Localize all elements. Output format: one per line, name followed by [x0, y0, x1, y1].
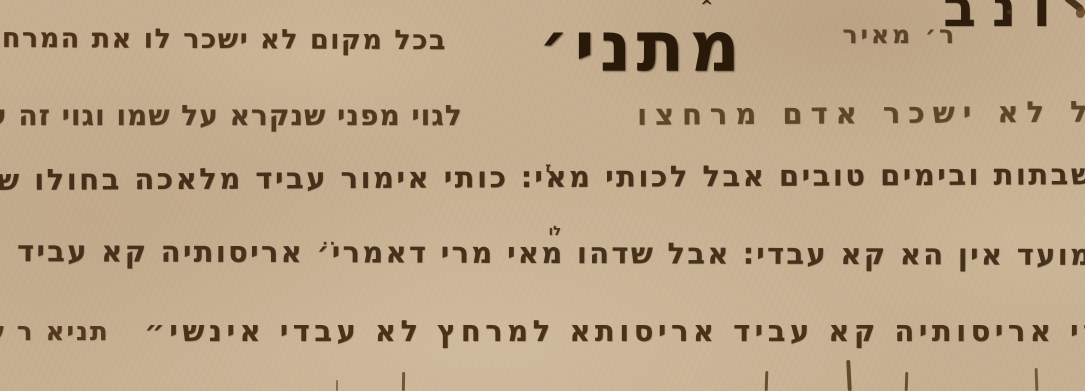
cropped-ascender-stroke — [905, 372, 909, 391]
cropped-ascender-stroke — [846, 360, 852, 391]
text-line-2-left: לגוי מפני שנקרא על שמו וגוי זה ע — [0, 99, 463, 132]
text-line-3: בשבתות ובימים טובים אבל לכותי מאי׃ כותי … — [0, 157, 1085, 197]
manuscript-parchment-page: ונב ^ · ר׳ מאיר מתני׳ בכל מקום לא ישכר ל… — [0, 0, 1085, 391]
marginal-gloss-rabbi-meir: ר׳ מאיר — [842, 20, 957, 49]
mishnah-header-word: מתני׳ — [538, 6, 745, 88]
cropped-ascender-stroke — [1035, 368, 1039, 391]
interlinear-correction-line-4-right: לו — [549, 224, 561, 239]
text-line-4: מועד אין הא קא עבדי׃ אבל שדהו מאי מרי דא… — [17, 234, 1085, 272]
text-line-1-mishnah: בכל מקום לא ישכר לו את המרחץ׳ — [0, 23, 447, 57]
marginal-dot-mark: · — [1005, 0, 1013, 24]
interlinear-correction-line-3: ז — [545, 160, 551, 176]
interlinear-dots-line-4: ·· — [322, 236, 337, 252]
cropped-ascender-stroke — [765, 371, 769, 391]
text-line-5-main: רי אריסותיה קא עביד אריסותא למרחץ לא עבד… — [144, 314, 1085, 348]
cropped-ascender-stroke — [402, 372, 405, 391]
text-line-2-right: אל לא ישכר אדם מרחצו — [637, 94, 1085, 131]
cropped-ascender-stroke — [336, 380, 338, 391]
text-line-5-tanya-start: תניא ר ש — [0, 317, 110, 347]
